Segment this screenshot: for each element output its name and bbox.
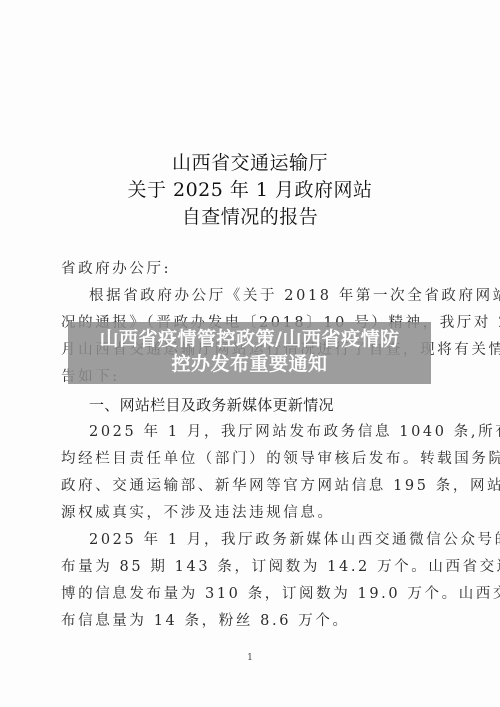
salutation: 省政府办公厅: [61,256,441,283]
title-line-2: 关于 2025 年 1 月政府网站 [0,177,500,204]
section-heading: 一、网站栏目及政务新媒体更新情况 [89,392,334,419]
headline-overlay-banner[interactable]: 山西省疫情管控政策/山西省疫情防 控办发布重要通知 [68,322,431,384]
title-line-1: 山西省交通运输厅 [0,150,500,177]
page-number: 1 [0,653,500,663]
paragraph1-line-4: 源权威真实，不涉及违法违规信息。 [61,500,441,527]
paragraph1-line-3: 政府、交通运输部、新华网等官方网站信息 195 条，网站信息来 [61,473,441,500]
document-title: 山西省交通运输厅 关于 2025 年 1 月政府网站 自查情况的报告 [0,150,500,231]
paragraph1-line-2: 均经栏目责任单位（部门）的领导审核后发布。转载国务院、省 [61,446,441,473]
banner-line-1: 山西省疫情管控政策/山西省疫情防 [68,327,431,352]
banner-line-2: 控办发布重要通知 [68,352,431,377]
title-line-3: 自查情况的报告 [0,204,500,231]
intro-line-1: 根据省政府办公厅《关于 2018 年第一次全省政府网站普查情 [89,283,469,310]
paragraph2-line-2: 布量为 85 期 143 条，订阅数为 14.2 万个。山西省交通运输厅微 [61,554,441,581]
paragraph1-line-1: 2025 年 1 月，我厅网站发布政务信息 1040 条,所有上网信息 [89,419,469,446]
document-page: 山西省交通运输厅 关于 2025 年 1 月政府网站 自查情况的报告 省政府办公… [0,0,500,707]
paragraph2-line-1: 2025 年 1 月，我厅政务新媒体山西交通微信公众号的信息发 [89,527,469,554]
paragraph2-line-4: 布信息量为 14 条，粉丝 8.6 万个。 [61,608,441,635]
paragraph2-line-3: 博的信息发布量为 310 条，订阅数为 19.0 万个。山西交通抖音发 [61,581,441,608]
